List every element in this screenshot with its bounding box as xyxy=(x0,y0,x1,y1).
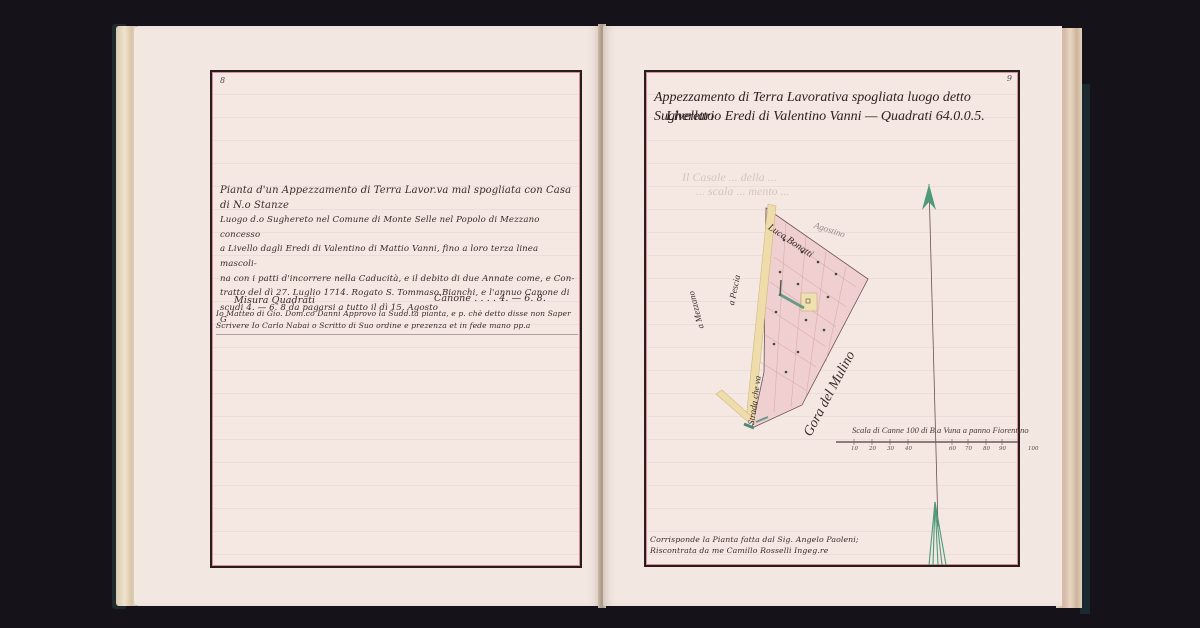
measure-label: Misura Quadrati xyxy=(234,294,315,309)
description-line: Pianta d'un Appezzamento di Terra Lavor.… xyxy=(220,184,576,213)
scale-tick: 100 xyxy=(1028,446,1039,452)
footer-line: Riscontrata da me Camillo Rosselli Ingeg… xyxy=(650,545,859,556)
scale-tick: 40 xyxy=(905,446,912,452)
approval-signature: Io Matteo di Gio. Dom.co Danni Approvo l… xyxy=(216,308,578,332)
scale-tick: 30 xyxy=(887,446,894,452)
description-line: na con i patti d'incorrere nella Caducit… xyxy=(220,272,576,287)
scale-tick: 20 xyxy=(869,446,876,452)
footer-line: Corrisponde la Pianta fatta dal Sig. Ang… xyxy=(650,534,859,545)
scale-tick: 90 xyxy=(999,446,1006,452)
north-arrow-shaft xyxy=(929,184,938,527)
scale-label: Scala di Canne 100 di B.a Vuna a panno F… xyxy=(852,425,1029,435)
scale-tick: 80 xyxy=(983,446,990,452)
left-page-frame: 8 Pianta d'un Appezzamento di Terra Lavo… xyxy=(210,70,582,568)
right-page-frame: 9 Appezzamento di Terra Lavorativa spogl… xyxy=(644,70,1020,567)
right-page: 9 Appezzamento di Terra Lavorativa spogl… xyxy=(603,26,1062,606)
scale-tick: 70 xyxy=(965,446,972,452)
divider-line xyxy=(216,334,578,335)
signature-line: Io Matteo di Gio. Dom.co Danni Approvo l… xyxy=(216,308,578,320)
scale-tick: 60 xyxy=(949,446,956,452)
surveyor-signature: Corrisponde la Pianta fatta dal Sig. Ang… xyxy=(650,534,859,556)
north-arrow-icon xyxy=(922,184,936,210)
description-line: a Livello dagli Eredi di Valentino di Ma… xyxy=(220,242,576,271)
left-page: 8 Pianta d'un Appezzamento di Terra Lavo… xyxy=(134,26,600,606)
description-line: Luogo d.o Sughereto nel Comune di Monte … xyxy=(220,213,576,242)
page-number-left: 8 xyxy=(220,76,225,85)
signature-line: Scrivere Io Carlo Nabai o Scritto di Suo… xyxy=(216,320,578,332)
open-ledger-book: 8 Pianta d'un Appezzamento di Terra Lavo… xyxy=(112,22,1090,612)
scale-tick: 10 xyxy=(851,446,858,452)
canone-label: Canone . . . . 4. — 6. 8. xyxy=(434,292,546,307)
